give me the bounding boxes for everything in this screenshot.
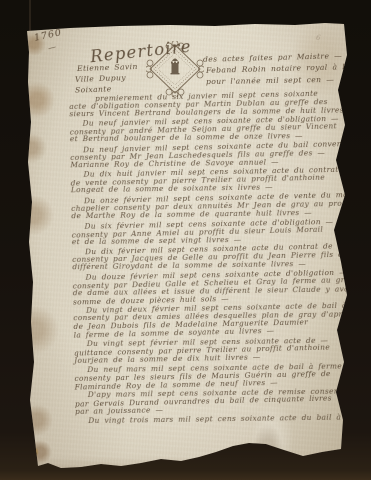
header-line-right-3: pour l'année mil sept cen —	[206, 75, 334, 86]
manuscript-text-block: premierement du six janvier mil sept cen…	[69, 88, 353, 426]
ink-smudge: 6	[315, 34, 321, 43]
background-fold-seam	[29, 0, 31, 34]
year-annotation: 1760	[33, 27, 63, 44]
header-line-left-3: Ville Dupuy	[75, 73, 126, 84]
stamp-crowned-tower-emblem	[171, 59, 180, 75]
tax-stamp-icon	[146, 41, 204, 97]
year-flourish: —	[47, 42, 57, 53]
manuscript-line: Du vingt trois mars mil sept cens soixan…	[75, 413, 353, 425]
archive-photo-background: 1760 — Repertoire	[0, 0, 371, 480]
header-line-left-2: Etienne Savin	[77, 62, 138, 73]
header-line-right-2: Feband Robin notaire royal à la	[206, 62, 350, 75]
paper-sheet: 1760 — Repertoire	[0, 0, 371, 480]
